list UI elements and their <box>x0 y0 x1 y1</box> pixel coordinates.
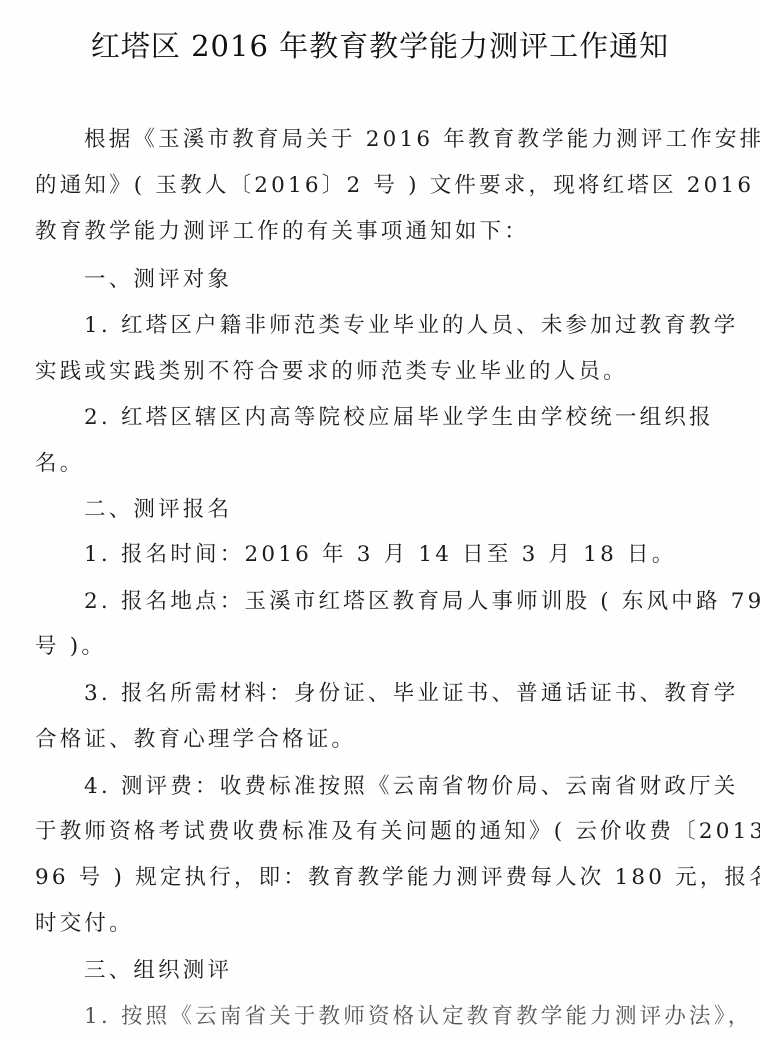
section-1-item-1-line-2: 实践或实践类别不符合要求的师范类专业毕业的人员。 <box>35 357 628 387</box>
intro-line-3: 教育教学能力测评工作的有关事项通知如下： <box>35 217 529 247</box>
section-2-item-1: 1. 报名时间：2016 年 3 月 14 日至 3 月 18 日。 <box>84 540 676 570</box>
intro-line-1: 根据《玉溪市教育局关于 2016 年教育教学能力测评工作安排 <box>84 125 760 155</box>
section-heading-2: 二、测评报名 <box>84 495 232 525</box>
section-1-item-2-line-2: 名。 <box>35 449 84 479</box>
section-2-item-4-line-3: 96 号 ) 规定执行，即：教育教学能力测评费每人次 180 元，报名 <box>35 863 760 893</box>
section-2-item-3-line-2: 合格证、教育心理学合格证。 <box>35 725 356 755</box>
section-2-item-2-line-2: 号 )。 <box>35 632 106 662</box>
section-2-item-4-line-1: 4. 测评费：收费标准按照《云南省物价局、云南省财政厅关 <box>84 772 738 802</box>
section-heading-3: 三、组织测评 <box>84 956 232 986</box>
section-1-item-1-line-1: 1. 红塔区户籍非师范类专业毕业的人员、未参加过教育教学 <box>84 311 738 341</box>
section-2-item-2-line-1: 2. 报名地点：玉溪市红塔区教育局人事师训股 ( 东风中路 79 <box>84 587 760 617</box>
intro-line-2: 的通知》( 玉教人〔2016〕2 号 ) 文件要求，现将红塔区 2016 年 <box>35 171 760 201</box>
section-3-item-1-line-1: 1. 按照《云南省关于教师资格认定教育教学能力测评办法》， <box>84 1002 752 1032</box>
document-title: 红塔区 2016 年教育教学能力测评工作通知 <box>0 26 760 66</box>
section-heading-1: 一、测评对象 <box>84 265 232 295</box>
section-2-item-4-line-2: 于教师资格考试费收费标准及有关问题的通知》( 云价收费〔2013〕 <box>35 817 760 847</box>
section-2-item-3-line-1: 3. 报名所需材料：身份证、毕业证书、普通话证书、教育学 <box>84 679 738 709</box>
section-2-item-4-line-4: 时交付。 <box>35 909 134 939</box>
document-page: 红塔区 2016 年教育教学能力测评工作通知 根据《玉溪市教育局关于 2016 … <box>0 0 760 1039</box>
section-1-item-2-line-1: 2. 红塔区辖区内高等院校应届毕业学生由学校统一组织报 <box>84 403 714 433</box>
